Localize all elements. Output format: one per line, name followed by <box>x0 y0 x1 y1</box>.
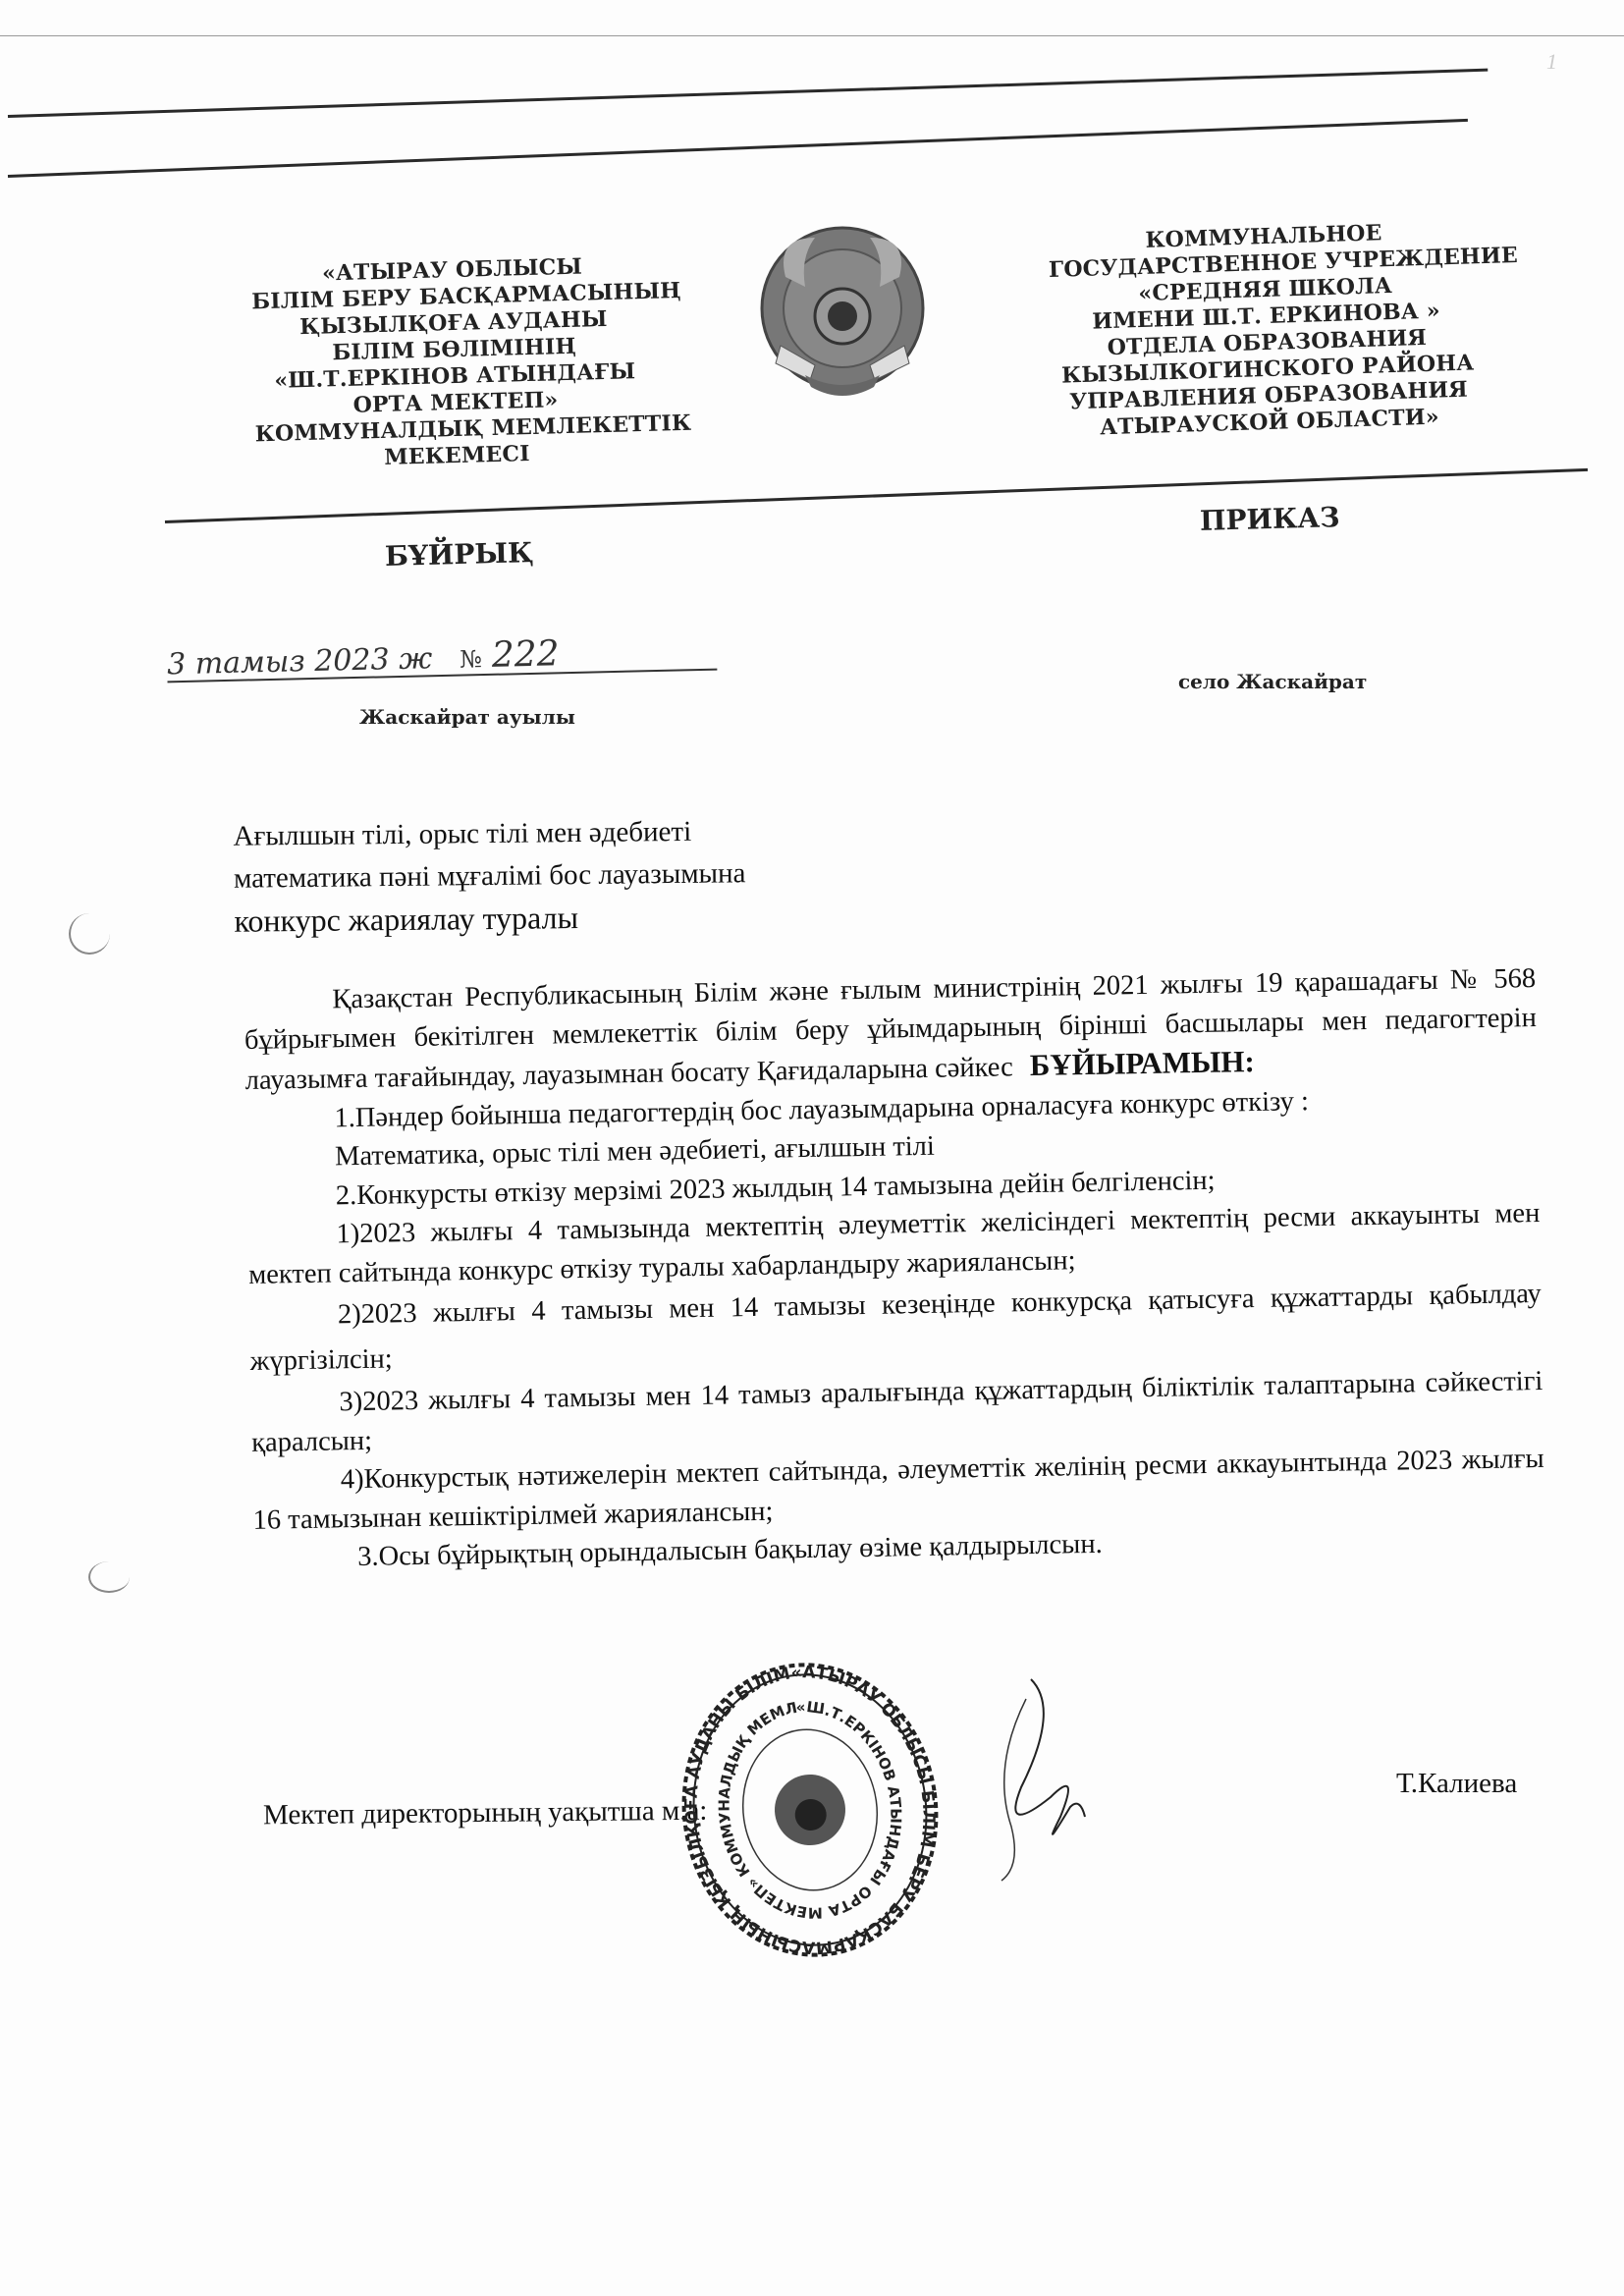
official-stamp: «АТЫРАУ ОБЛЫСЫ БІЛІМ БЕРУ БАСҚАРМАСЫНЫҢ … <box>658 1641 963 1980</box>
signature-name: Т.Калиева <box>1396 1768 1517 1800</box>
top-thin-rule <box>0 35 1624 36</box>
number-handwritten: 222 <box>491 633 560 676</box>
signature-label: Мектеп директорының уақытша м.а: <box>263 1795 708 1832</box>
title-ru: ПРИКАЗ <box>1200 501 1340 537</box>
order-word: БҰЙЫРАМЫН: <box>1030 1044 1256 1082</box>
title-kz: БҰЙРЫҚ <box>385 536 534 573</box>
top-rule-1 <box>8 69 1488 118</box>
subject-line: Ағылшын тілі, орыс тілі мен әдебиеті <box>233 810 745 857</box>
place-ru: село Жаскайрат <box>1178 670 1367 693</box>
header-right: КОММУНАЛЬНОЕ ГОСУДАРСТВЕННОЕ УЧРЕЖДЕНИЕ … <box>1048 217 1487 443</box>
header-left: «АТЫРАУ ОБЛЫСЫ БІЛІМ БЕРУ БАСҚАРМАСЫНЫҢ … <box>250 252 659 475</box>
subject-line: конкурс жариялау туралы <box>234 895 746 942</box>
handwritten-signature-icon <box>972 1669 1090 1886</box>
order-subject: Ағылшын тілі, орыс тілі мен әдебиеті мат… <box>233 810 746 942</box>
place-kz: Жаскайрат ауылы <box>359 705 575 729</box>
header-divider-rule <box>165 468 1588 523</box>
punch-hole-mark <box>69 913 110 955</box>
top-rule-2 <box>8 119 1468 178</box>
date-number-line: 3 тамыз 2023 ж № 222 <box>167 630 718 683</box>
order-body: Қазақстан Республикасының Білім және ғыл… <box>244 959 1545 1578</box>
state-emblem-icon <box>756 218 929 405</box>
punch-hole-mark <box>88 1561 130 1593</box>
subject-line: математика пәні мұғалімі бос лауазымына <box>234 852 746 900</box>
page-mark: 1 <box>1546 49 1557 75</box>
preamble-text: Қазақстан Республикасының Білім және ғыл… <box>244 963 1537 1096</box>
date-handwritten: 3 тамыз 2023 ж <box>167 641 433 682</box>
preamble: Қазақстан Республикасының Білім және ғыл… <box>244 959 1538 1100</box>
number-prefix: № <box>460 645 482 674</box>
